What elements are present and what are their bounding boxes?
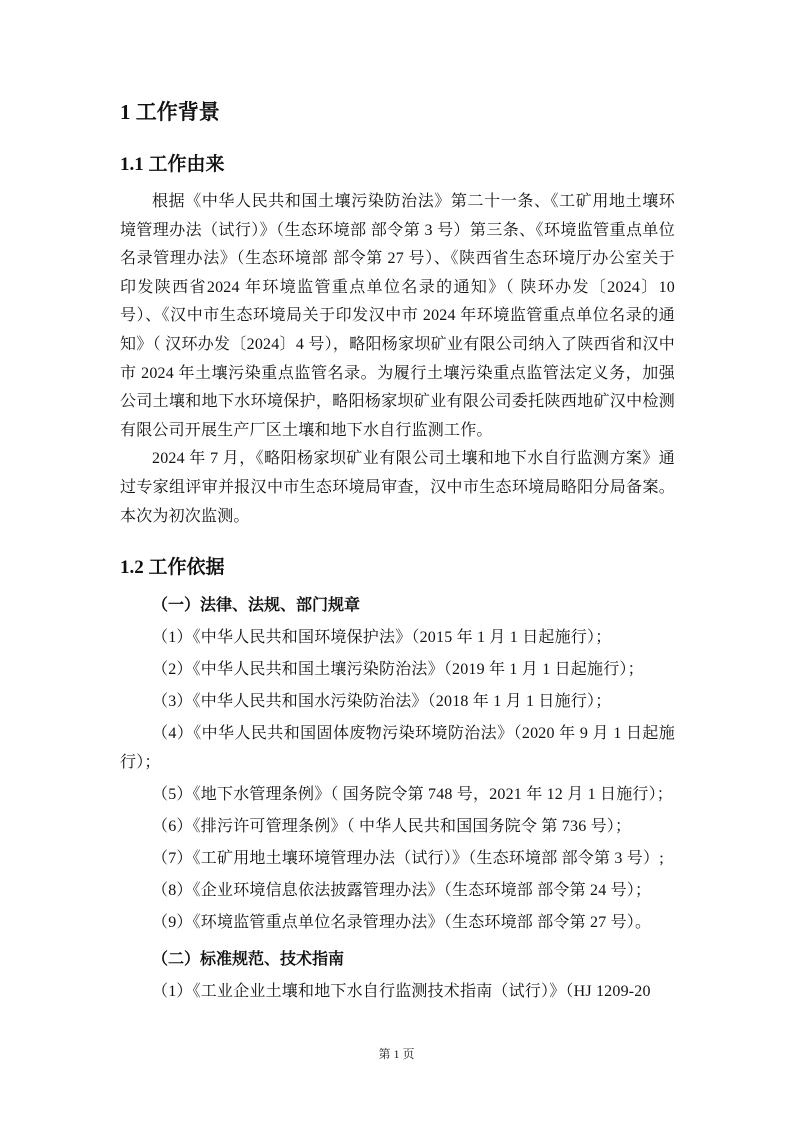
law-item-6: （6）《排污许可管理条例》（ 中华人民共和国国务院令 第 736 号）； (120, 813, 675, 842)
heading-section-1-1: 1.1 工作由来 (120, 150, 675, 180)
group-heading-standards-guides: （二）标准规范、技术指南 (120, 946, 675, 975)
document-page: 1 工作背景 1.1 工作由来 根据《中华人民共和国土壤污染防治法》第二十一条、… (0, 0, 793, 1122)
paragraph-work-origin-2: 2024 年 7 月，《略阳杨家坝矿业有限公司土壤和地下水自行监测方案》通过专家… (120, 445, 675, 531)
law-item-4: （4）《中华人民共和国固体废物污染环境防治法》（2020 年 9 月 1 日起施… (120, 720, 675, 777)
group-heading-laws-regulations: （一）法律、法规、部门规章 (120, 592, 675, 621)
law-item-5: （5）《地下水管理条例》（ 国务院令第 748 号，2021 年 12 月 1 … (120, 781, 675, 810)
heading-chapter-1: 1 工作背景 (120, 96, 675, 128)
law-item-1: （1）《中华人民共和国环境保护法》（2015 年 1 月 1 日起施行）； (120, 624, 675, 653)
page-content: 1 工作背景 1.1 工作由来 根据《中华人民共和国土壤污染防治法》第二十一条、… (120, 96, 675, 1007)
page-number: 第 1 页 (0, 1046, 793, 1062)
law-item-3: （3）《中华人民共和国水污染防治法》（2018 年 1 月 1 日施行）； (120, 688, 675, 717)
law-item-9: （9）《环境监管重点单位名录管理办法》（生态环境部 部令第 27 号）。 (120, 909, 675, 938)
law-item-7: （7）《工矿用地土壤环境管理办法（试行）》（生态环境部 部令第 3 号）; (120, 845, 675, 874)
heading-section-1-2: 1.2 工作依据 (120, 553, 675, 583)
law-item-2: （2）《中华人民共和国土壤污染防治法》（2019 年 1 月 1 日起施行）； (120, 656, 675, 685)
standard-item-1: （1）《工业企业土壤和地下水自行监测技术指南（试行）》（HJ 1209-20 (120, 978, 675, 1007)
paragraph-work-origin-1: 根据《中华人民共和国土壤污染防治法》第二十一条、《工矿用地土壤环境管理办法（试行… (120, 188, 675, 445)
law-item-8: （8）《企业环境信息依法披露管理办法》（生态环境部 部令第 24 号）； (120, 877, 675, 906)
